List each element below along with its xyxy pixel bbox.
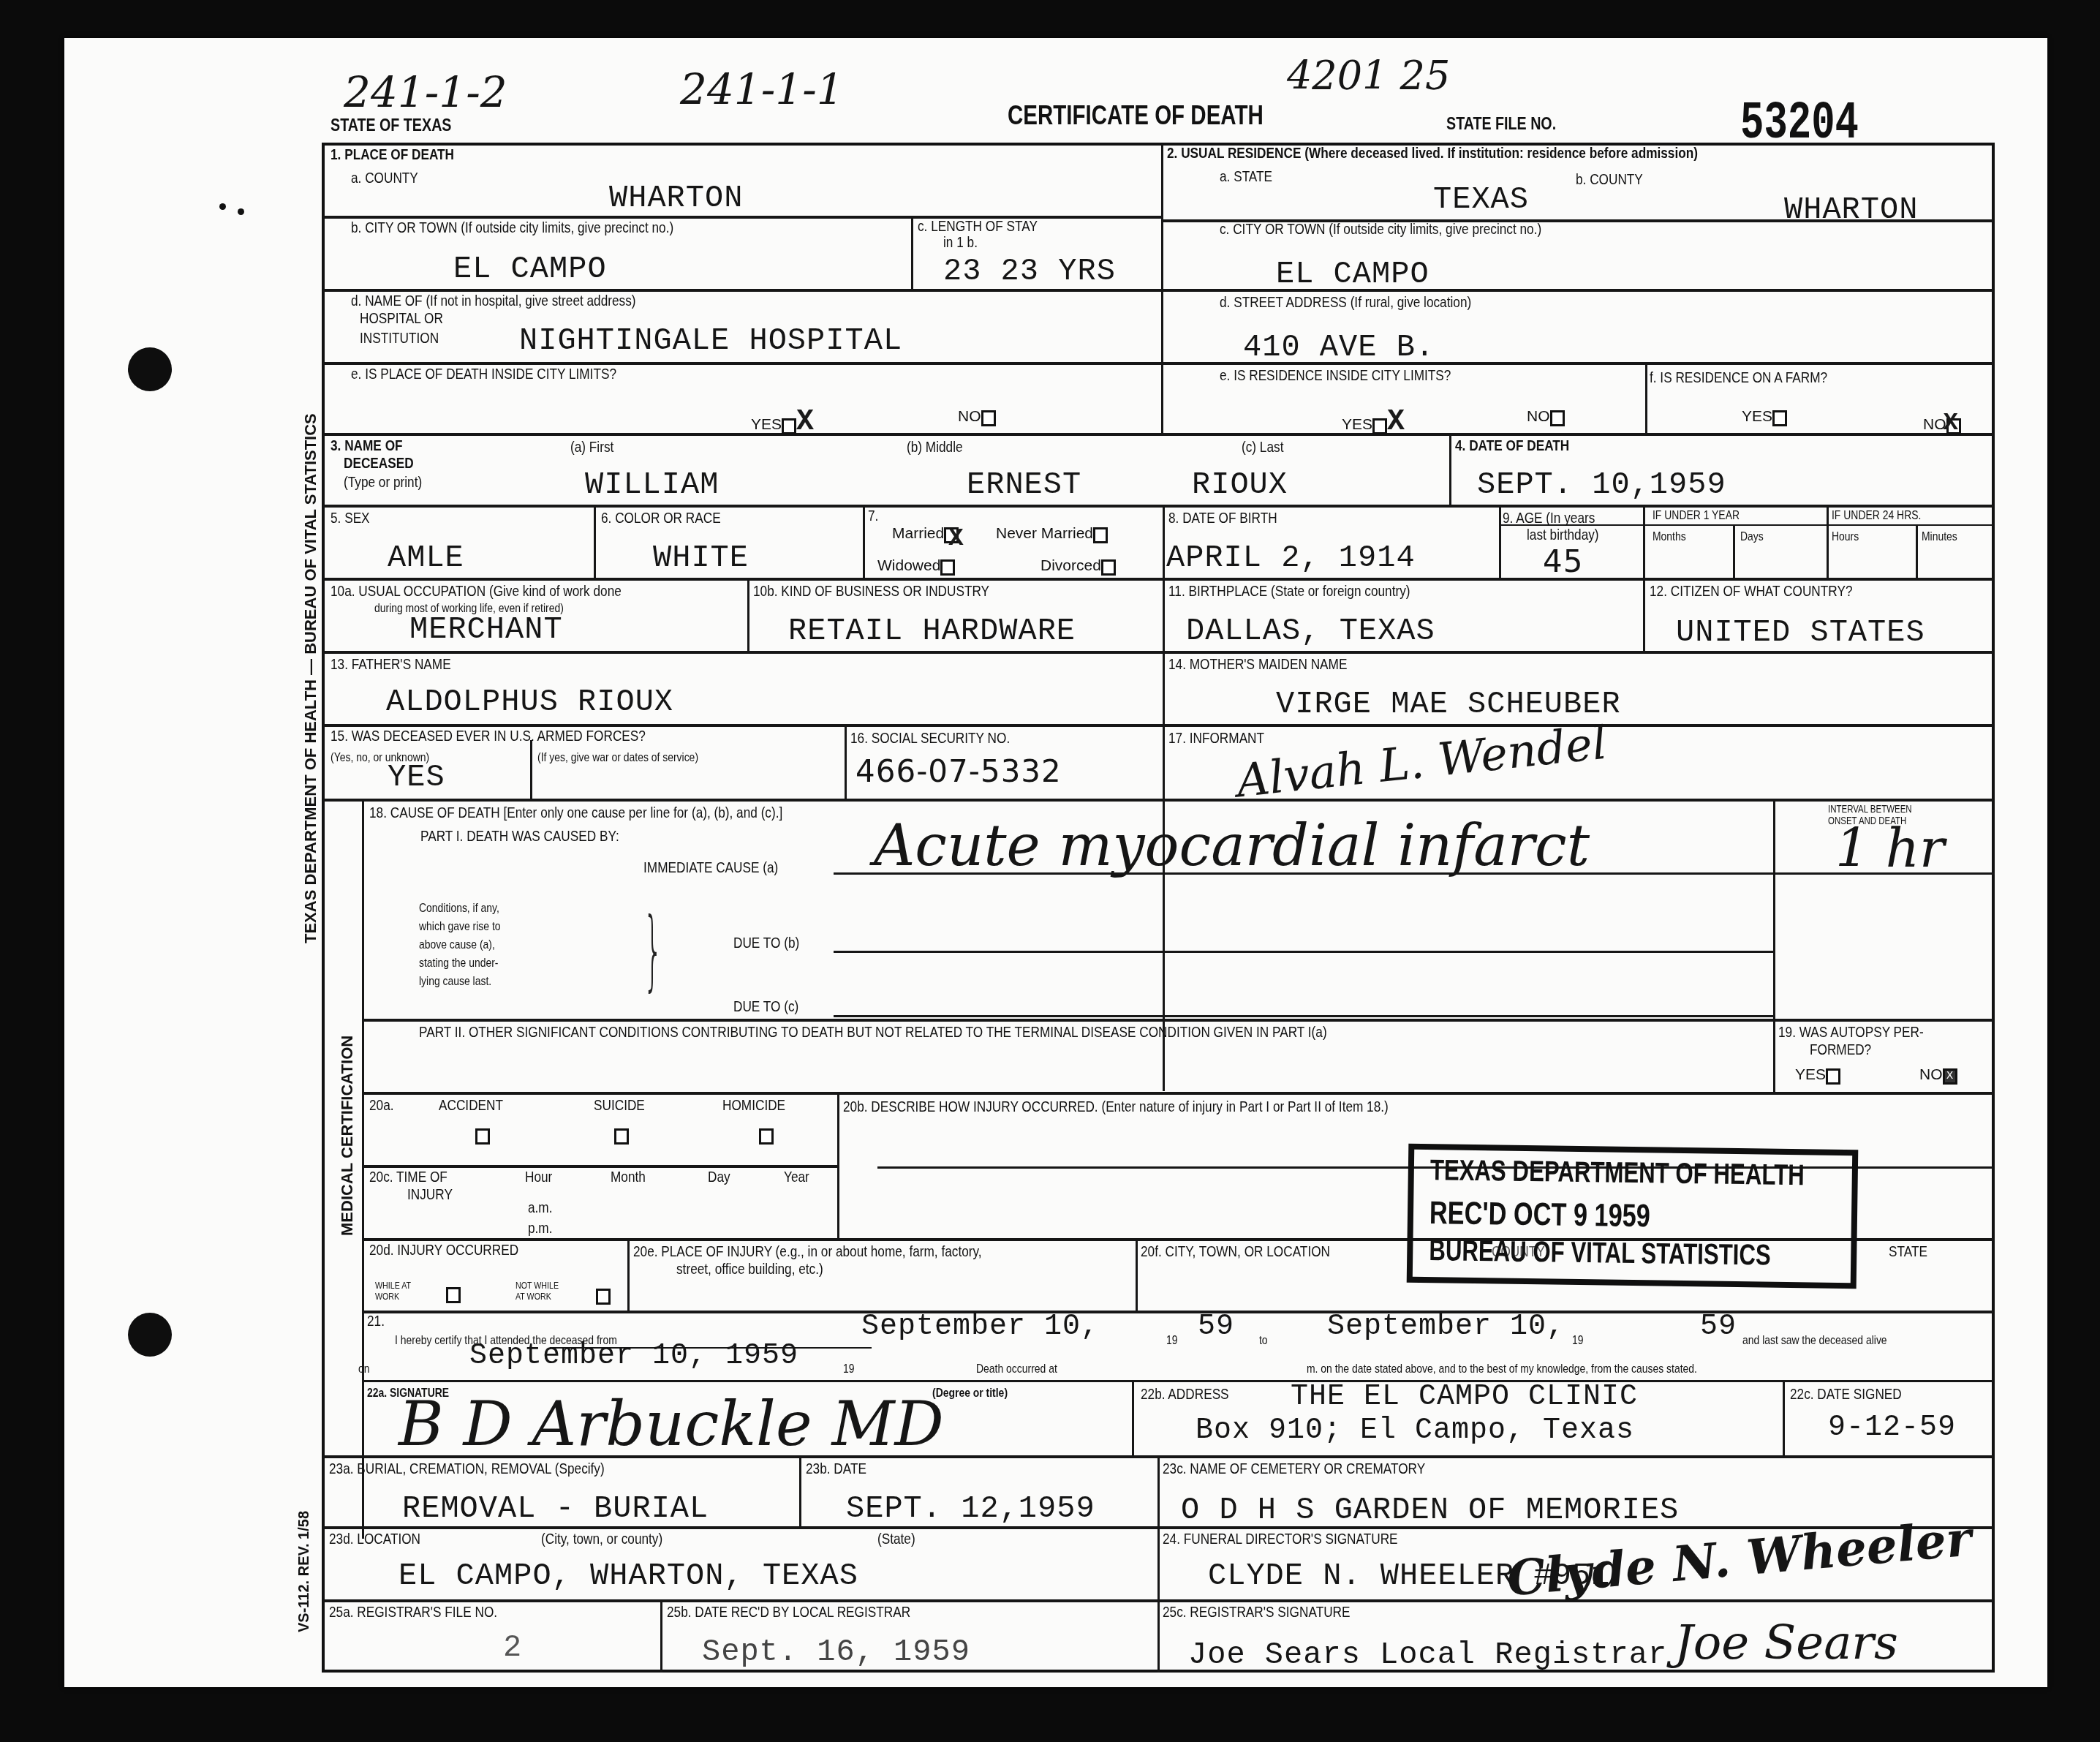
not-while-at-work-label-2: AT WORK bbox=[515, 1291, 551, 1302]
burial-date-value: SEPT. 12,1959 bbox=[846, 1492, 1095, 1526]
occupation-label: 10a. USUAL OCCUPATION (Give kind of work… bbox=[331, 583, 622, 600]
divider bbox=[323, 433, 1993, 436]
certificate-title: CERTIFICATE OF DEATH bbox=[1008, 101, 1264, 130]
registrar-file-label: 25a. REGISTRAR'S FILE NO. bbox=[329, 1604, 497, 1621]
med-cert-divider bbox=[362, 800, 364, 1539]
death-occurred-text: Death occurred at bbox=[976, 1362, 1057, 1376]
injury-occurred-label: 20d. INJURY OCCURRED bbox=[369, 1242, 518, 1259]
am-label: a.m. bbox=[528, 1199, 552, 1217]
res-inside-limits-yes[interactable]: YESX bbox=[1342, 406, 1405, 439]
pm-label: p.m. bbox=[528, 1220, 552, 1237]
address-line-2: Box 910; El Campo, Texas bbox=[1196, 1414, 1634, 1448]
registrar-signature-label: 25c. REGISTRAR'S SIGNATURE bbox=[1163, 1604, 1351, 1621]
first-name-label: (a) First bbox=[570, 439, 613, 456]
occupation-value: MERCHANT bbox=[409, 613, 563, 646]
punch-hole-top bbox=[128, 347, 172, 391]
inside-limits-label: e. IS PLACE OF DEATH INSIDE CITY LIMITS? bbox=[351, 366, 616, 383]
name-label-3: (Type or print) bbox=[344, 474, 422, 491]
divider bbox=[323, 578, 1993, 581]
burial-method-value: REMOVAL - BURIAL bbox=[402, 1492, 709, 1526]
registrar-signature: Joe Sears bbox=[1674, 1616, 1898, 1670]
ssn-label: 16. SOCIAL SECURITY NO. bbox=[850, 730, 1010, 747]
to-label: to bbox=[1259, 1333, 1268, 1348]
speck bbox=[238, 208, 244, 215]
injury-city-label: 20f. CITY, TOWN, OR LOCATION bbox=[1141, 1243, 1330, 1261]
autopsy-no[interactable]: NOX bbox=[1919, 1066, 1957, 1085]
divider bbox=[363, 1092, 1993, 1095]
handwritten-code-mid: 241-1-1 bbox=[680, 64, 844, 114]
divider bbox=[594, 506, 596, 578]
inside-limits-no[interactable]: NO bbox=[958, 408, 996, 426]
date-signed-value: 9-12-59 bbox=[1828, 1411, 1956, 1445]
farm-label: f. IS RESIDENCE ON A FARM? bbox=[1650, 369, 1827, 387]
marital-married[interactable]: MarriedX bbox=[892, 525, 964, 553]
year-label: Year bbox=[784, 1169, 809, 1186]
hospital-label-3: INSTITUTION bbox=[360, 330, 439, 347]
handwritten-code-left: 241-1-2 bbox=[344, 67, 507, 117]
conditions-text-2: which gave rise to bbox=[419, 919, 501, 934]
last-seen-date: September 10, 1959 bbox=[469, 1340, 798, 1373]
due-to-b-label: DUE TO (b) bbox=[733, 935, 799, 952]
divider bbox=[1132, 1382, 1134, 1455]
divider bbox=[323, 505, 1993, 508]
while-at-work-label: WHILE AT bbox=[375, 1280, 411, 1291]
usual-residence-label: 2. USUAL RESIDENCE (Where deceased lived… bbox=[1167, 145, 1698, 162]
part-1-label: PART I. DEATH WAS CAUSED BY: bbox=[420, 828, 619, 845]
divider bbox=[323, 799, 1993, 802]
divider bbox=[1773, 800, 1775, 1093]
divider bbox=[1783, 1382, 1785, 1455]
yes-label: YES bbox=[1342, 416, 1372, 433]
months-label: Months bbox=[1653, 529, 1686, 544]
res-county-value: WHARTON bbox=[1784, 193, 1918, 227]
address-line-1: THE EL CAMPO CLINIC bbox=[1291, 1381, 1638, 1414]
no-label: NO bbox=[958, 408, 981, 425]
attended-from-date: September 10, bbox=[861, 1311, 1099, 1344]
accident-label: ACCIDENT bbox=[439, 1097, 503, 1115]
while-at-work-label-2: WORK bbox=[375, 1291, 399, 1302]
20a-label: 20a. bbox=[369, 1097, 394, 1115]
autopsy-label-2: FORMED? bbox=[1810, 1041, 1871, 1059]
divider bbox=[1157, 1457, 1160, 1673]
res-state-label: a. STATE bbox=[1220, 168, 1272, 186]
immediate-cause-label: IMMEDIATE CAUSE (a) bbox=[643, 859, 778, 877]
divider bbox=[627, 1240, 630, 1311]
widowed-label: Widowed bbox=[877, 557, 940, 574]
registrar-typed-name: Joe Sears Local Registrar bbox=[1188, 1638, 1667, 1672]
divider bbox=[323, 362, 1993, 365]
handwritten-number-top: 4201 25 bbox=[1287, 53, 1450, 99]
divider bbox=[799, 1457, 801, 1526]
middle-name-label: (b) Middle bbox=[907, 439, 963, 456]
divider bbox=[1916, 524, 1918, 578]
death-county-value: WHARTON bbox=[609, 181, 743, 215]
marital-never-married[interactable]: Never Married bbox=[996, 525, 1108, 543]
stamp-line-3: BUREAU OF VITAL STATISTICS bbox=[1429, 1234, 1771, 1272]
attended-to-year: 59 bbox=[1700, 1311, 1737, 1344]
divider bbox=[660, 1601, 662, 1673]
business-value: RETAIL HARDWARE bbox=[788, 614, 1076, 648]
burial-date-label: 23b. DATE bbox=[806, 1460, 866, 1478]
age-label: 9. AGE (In years bbox=[1503, 510, 1595, 527]
due-to-c-label: DUE TO (c) bbox=[733, 998, 798, 1016]
checkbox-yes[interactable] bbox=[1372, 418, 1387, 434]
hours-label: Hours bbox=[1832, 529, 1859, 544]
yes-label: YES bbox=[751, 416, 782, 433]
divider bbox=[363, 1019, 1993, 1022]
divider bbox=[363, 1311, 1993, 1313]
form-number: VS-112. REV. 1/58 bbox=[296, 1511, 313, 1632]
farm-yes[interactable]: YES bbox=[1742, 408, 1787, 426]
sex-value: AMLE bbox=[388, 541, 464, 575]
business-label: 10b. KIND OF BUSINESS OR INDUSTRY bbox=[753, 583, 989, 600]
res-city-label: c. CITY OR TOWN (If outside city limits,… bbox=[1220, 221, 1541, 238]
date-of-death-label: 4. DATE OF DEATH bbox=[1455, 437, 1569, 455]
name-label: 3. NAME OF bbox=[331, 437, 403, 455]
mother-label: 14. MOTHER'S MAIDEN NAME bbox=[1168, 656, 1347, 674]
dob-label: 8. DATE OF BIRTH bbox=[1168, 510, 1277, 527]
check-mark: X bbox=[796, 406, 815, 439]
due-to-b-line bbox=[834, 951, 1773, 953]
under-1-year-label: IF UNDER 1 YEAR bbox=[1653, 508, 1740, 523]
minutes-label: Minutes bbox=[1922, 529, 1957, 544]
place-of-injury-label-2: street, office building, etc.) bbox=[676, 1261, 823, 1278]
21-label: 21. bbox=[367, 1313, 385, 1330]
checkbox-no[interactable] bbox=[1550, 410, 1565, 426]
divider bbox=[530, 740, 532, 799]
address-label: 22b. ADDRESS bbox=[1141, 1386, 1229, 1403]
speck bbox=[219, 203, 226, 210]
divider bbox=[837, 1093, 839, 1240]
last-name-value: RIOUX bbox=[1192, 468, 1288, 502]
divider bbox=[1136, 1240, 1138, 1311]
last-name-label: (c) Last bbox=[1242, 439, 1283, 456]
ssn-value: 466-07-5332 bbox=[856, 755, 1062, 788]
mother-value: VIRGE MAE SCHEUBER bbox=[1276, 687, 1621, 721]
not-while-at-work-label: NOT WHILE bbox=[515, 1280, 559, 1291]
part-2-label: PART II. OTHER SIGNIFICANT CONDITIONS CO… bbox=[419, 1024, 1327, 1041]
length-of-stay-value: 23 23 YRS bbox=[943, 254, 1116, 288]
sex-label: 5. SEX bbox=[331, 510, 370, 527]
race-value: WHITE bbox=[653, 541, 749, 575]
divider bbox=[911, 217, 913, 289]
divider bbox=[1499, 506, 1501, 578]
divider bbox=[1733, 524, 1735, 578]
yes-label: YES bbox=[1742, 408, 1772, 425]
never-married-label: Never Married bbox=[996, 525, 1093, 542]
interval-value: 1 hr bbox=[1835, 818, 1944, 879]
county-label: a. COUNTY bbox=[351, 170, 418, 187]
registrar-date-value: Sept. 16, 1959 bbox=[702, 1635, 970, 1669]
armed-forces-value: YES bbox=[388, 761, 445, 794]
no-label: NO bbox=[1919, 1066, 1943, 1083]
conditions-text-5: lying cause last. bbox=[419, 974, 491, 989]
state-file-label: STATE FILE NO. bbox=[1446, 116, 1556, 133]
last-saw-text: and last saw the deceased alive bbox=[1742, 1333, 1887, 1348]
divider bbox=[323, 651, 1993, 654]
res-city-value: EL CAMPO bbox=[1276, 257, 1429, 291]
bracket: } bbox=[643, 907, 663, 995]
location-label: 23d. LOCATION bbox=[329, 1531, 420, 1548]
nineteen-label: 19 bbox=[1166, 1333, 1178, 1348]
burial-location-value: EL CAMPO, WHARTON, TEXAS bbox=[399, 1559, 858, 1593]
burial-method-label: 23a. BURIAL, CREMATION, REMOVAL (Specify… bbox=[329, 1460, 605, 1478]
length-of-stay-label: c. LENGTH OF STAY bbox=[918, 218, 1038, 235]
funeral-director-label: 24. FUNERAL DIRECTOR'S SIGNATURE bbox=[1163, 1531, 1398, 1548]
no-label: NO bbox=[1527, 408, 1550, 425]
received-stamp: TEXAS DEPARTMENT OF HEALTH REC'D OCT 9 1… bbox=[1407, 1144, 1859, 1289]
injury-state-label: STATE bbox=[1889, 1243, 1927, 1261]
homicide-checkbox[interactable] bbox=[759, 1128, 774, 1145]
city-label: b. CITY OR TOWN (If outside city limits,… bbox=[351, 219, 673, 237]
days-label: Days bbox=[1740, 529, 1764, 544]
certification-statement: m. on the date stated above, and to the … bbox=[1307, 1362, 1697, 1376]
immediate-cause-value: Acute myocardial infarct bbox=[874, 813, 1590, 879]
nineteen-label-2: 19 bbox=[1572, 1333, 1584, 1348]
married-label: Married bbox=[892, 525, 944, 542]
armed-sublabel-2: (If yes, give war or dates of service) bbox=[537, 750, 698, 765]
birthplace-label: 11. BIRTHPLACE (State or foreign country… bbox=[1168, 583, 1410, 600]
registrar-file-value: 2 bbox=[503, 1631, 522, 1664]
divider bbox=[1645, 363, 1647, 433]
marital-widowed[interactable]: Widowed bbox=[877, 557, 955, 576]
nineteen-label-3: 19 bbox=[843, 1362, 855, 1376]
no-label: NO bbox=[1923, 416, 1946, 433]
homicide-label: HOMICIDE bbox=[722, 1097, 785, 1115]
cemetery-label: 23c. NAME OF CEMETERY OR CREMATORY bbox=[1163, 1460, 1425, 1478]
divider bbox=[323, 289, 1993, 292]
father-value: ALDOLPHUS RIOUX bbox=[386, 685, 673, 719]
location-sublabel-1: (City, town, or county) bbox=[541, 1531, 662, 1548]
birthplace-value: DALLAS, TEXAS bbox=[1186, 614, 1435, 648]
place-of-death-label: 1. PLACE OF DEATH bbox=[331, 146, 454, 164]
cause-of-death-label: 18. CAUSE OF DEATH [Enter only one cause… bbox=[369, 804, 782, 822]
checkbox-no[interactable] bbox=[981, 410, 996, 426]
divider bbox=[363, 1165, 837, 1168]
state-of-texas-label: STATE OF TEXAS bbox=[331, 117, 451, 135]
dob-value: APRIL 2, 1914 bbox=[1166, 541, 1416, 575]
attended-to-date: September 10, bbox=[1327, 1311, 1565, 1344]
interval-label: INTERVAL BETWEEN bbox=[1828, 803, 1912, 815]
check-mark: X bbox=[1944, 410, 1959, 437]
informant-label: 17. INFORMANT bbox=[1168, 730, 1264, 747]
hospital-value: NIGHTINGALE HOSPITAL bbox=[519, 324, 902, 358]
race-label: 6. COLOR OR RACE bbox=[601, 510, 721, 527]
punch-hole-bottom bbox=[128, 1313, 172, 1357]
checkbox-no-checked[interactable]: X bbox=[1943, 1068, 1957, 1085]
place-of-injury-label: 20e. PLACE OF INJURY (e.g., in or about … bbox=[633, 1243, 982, 1261]
inside-limits-yes[interactable]: YESX bbox=[751, 406, 815, 439]
res-inside-limits-label: e. IS RESIDENCE INSIDE CITY LIMITS? bbox=[1220, 367, 1451, 385]
citizen-value: UNITED STATES bbox=[1676, 616, 1925, 649]
checkbox-yes[interactable] bbox=[1772, 410, 1787, 426]
accident-checkbox[interactable] bbox=[475, 1128, 490, 1145]
suicide-checkbox[interactable] bbox=[614, 1128, 629, 1145]
divider bbox=[1449, 434, 1451, 506]
location-sublabel-2: (State) bbox=[877, 1531, 915, 1548]
checkbox-never-married[interactable] bbox=[1093, 527, 1108, 543]
conditions-text-3: above cause (a), bbox=[419, 938, 495, 952]
autopsy-yes[interactable]: YES bbox=[1795, 1066, 1840, 1085]
conditions-text-1: Conditions, if any, bbox=[419, 901, 499, 916]
divider bbox=[863, 506, 865, 578]
time-of-injury-label-2: INJURY bbox=[407, 1186, 453, 1204]
res-street-label: d. STREET ADDRESS (If rural, give locati… bbox=[1220, 294, 1471, 312]
marital-divorced[interactable]: Divorced bbox=[1040, 557, 1116, 576]
farm-no[interactable]: NOX bbox=[1923, 410, 1959, 437]
day-label: Day bbox=[708, 1169, 730, 1186]
autopsy-label: 19. WAS AUTOPSY PER- bbox=[1778, 1024, 1924, 1041]
date-signed-label: 22c. DATE SIGNED bbox=[1790, 1386, 1902, 1403]
while-at-work-checkbox[interactable] bbox=[446, 1287, 461, 1303]
month-label: Month bbox=[611, 1169, 646, 1186]
yes-label: YES bbox=[1795, 1066, 1826, 1083]
checkbox-yes[interactable] bbox=[782, 418, 796, 434]
divider bbox=[747, 579, 749, 651]
agency-vertical-text: TEXAS DEPARTMENT OF HEALTH — BUREAU OF V… bbox=[301, 413, 320, 943]
checkbox-divorced[interactable] bbox=[1101, 559, 1116, 576]
age-label-2: last birthday) bbox=[1527, 527, 1599, 544]
divider bbox=[1827, 506, 1829, 578]
res-county-label: b. COUNTY bbox=[1576, 171, 1643, 189]
age-value: 45 bbox=[1543, 545, 1583, 578]
checkbox-widowed[interactable] bbox=[940, 559, 955, 576]
citizen-label: 12. CITIZEN OF WHAT COUNTRY? bbox=[1650, 583, 1852, 600]
armed-forces-label: 15. WAS DECEASED EVER IN U.S. ARMED FORC… bbox=[331, 728, 646, 745]
death-city-value: EL CAMPO bbox=[453, 252, 607, 286]
res-street-value: 410 AVE B. bbox=[1243, 331, 1435, 364]
check-mark: X bbox=[1387, 406, 1405, 439]
under-24-hrs-label: IF UNDER 24 HRS. bbox=[1832, 508, 1921, 523]
divider bbox=[323, 1599, 1993, 1602]
middle-name-value: ERNEST bbox=[967, 468, 1081, 502]
date-of-death-value: SEPT. 10,1959 bbox=[1477, 468, 1726, 502]
time-of-injury-label: 20c. TIME OF bbox=[369, 1169, 447, 1186]
cemetery-value: O D H S GARDEN OF MEMORIES bbox=[1181, 1493, 1679, 1527]
divider bbox=[323, 724, 1993, 727]
length-of-stay-sublabel: in 1 b. bbox=[943, 234, 978, 252]
divorced-label: Divorced bbox=[1040, 557, 1101, 574]
suicide-label: SUICIDE bbox=[594, 1097, 645, 1115]
on-label: on bbox=[358, 1362, 370, 1376]
describe-injury-label: 20b. DESCRIBE HOW INJURY OCCURRED. (Ente… bbox=[843, 1098, 1389, 1116]
father-label: 13. FATHER'S NAME bbox=[331, 656, 451, 674]
res-inside-limits-no[interactable]: NO bbox=[1527, 408, 1565, 426]
due-to-c-line bbox=[834, 1015, 1773, 1017]
first-name-value: WILLIAM bbox=[585, 468, 719, 502]
physician-signature: B D Arbuckle MD bbox=[399, 1388, 944, 1460]
res-state-value: TEXAS bbox=[1433, 183, 1529, 216]
checkbox-yes[interactable] bbox=[1826, 1068, 1840, 1085]
check-mark: X bbox=[948, 525, 964, 553]
marital-label: 7. bbox=[868, 508, 878, 525]
divider bbox=[363, 1380, 1993, 1382]
name-label-2: DECEASED bbox=[344, 455, 414, 472]
hospital-label: d. NAME OF (If not in hospital, give str… bbox=[351, 293, 636, 310]
hospital-label-2: HOSPITAL OR bbox=[360, 310, 443, 328]
conditions-text-4: stating the under- bbox=[419, 956, 498, 970]
divider bbox=[845, 725, 847, 799]
not-while-at-work-checkbox[interactable] bbox=[596, 1289, 611, 1305]
registrar-date-label: 25b. DATE REC'D BY LOCAL REGISTRAR bbox=[667, 1604, 910, 1621]
stamp-line-2: REC'D OCT 9 1959 bbox=[1429, 1195, 1651, 1234]
stamp-line-1: TEXAS DEPARTMENT OF HEALTH bbox=[1430, 1154, 1805, 1192]
attended-from-year: 59 bbox=[1198, 1311, 1234, 1344]
hour-label: Hour bbox=[525, 1169, 552, 1186]
